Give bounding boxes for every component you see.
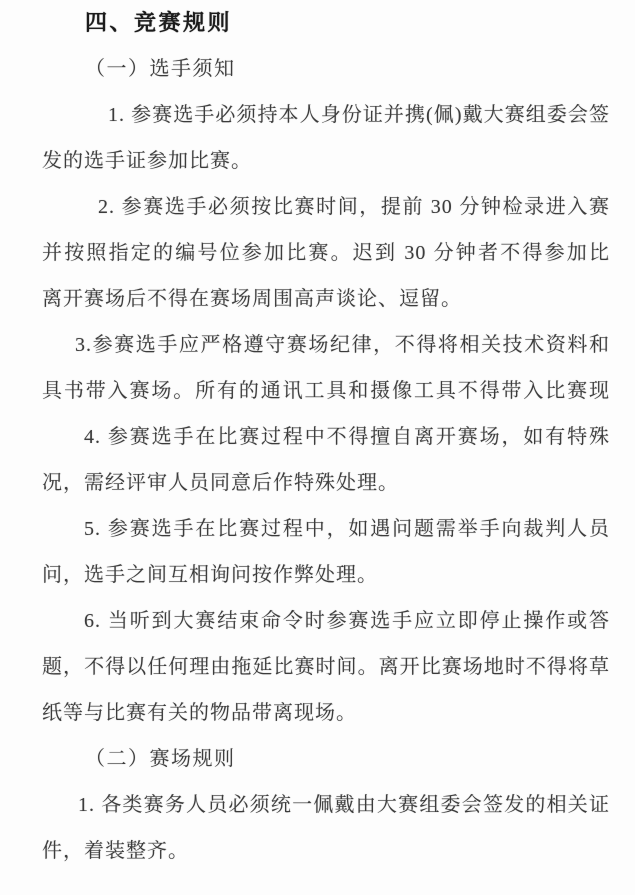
text-line: （一）选手须知 [42, 46, 610, 92]
rule-paragraph: 4. 参赛选手在比赛过程中不得擅自离开赛场，如有特殊情况，需经评审人员同意后作特… [42, 414, 610, 506]
document-body: 四、竞赛规则（一）选手须知1. 参赛选手必须持本人身份证并携(佩)戴大赛组委会签… [42, 0, 610, 874]
text-line: 离开赛场后不得在赛场周围高声谈论、逗留。 [42, 276, 610, 322]
text-line: 2. 参赛选手必须按比赛时间，提前 30 分钟检录进入赛场。 [42, 184, 610, 230]
text-line: 问，选手之间互相询问按作弊处理。 [42, 552, 610, 598]
rule-paragraph: 1. 参赛选手必须持本人身份证并携(佩)戴大赛组委会签发的选手证参加比赛。 [42, 92, 610, 184]
section-heading: 四、竞赛规则 [42, 0, 610, 46]
text-line: 况，需经评审人员同意后作特殊处理。 [42, 460, 610, 506]
rule-paragraph: 5. 参赛选手在比赛过程中，如遇问题需举手向裁判人员提问，选手之间互相询问按作弊… [42, 506, 610, 598]
text-line: 并按照指定的编号位参加比赛。迟到 30 分钟者不得参加比赛。 [42, 230, 610, 276]
text-line: 发的选手证参加比赛。 [42, 138, 610, 184]
document-page: 四、竞赛规则（一）选手须知1. 参赛选手必须持本人身份证并携(佩)戴大赛组委会签… [0, 0, 635, 895]
text-line: （二）赛场规则 [42, 736, 610, 782]
rule-paragraph: 3.参赛选手应严格遵守赛场纪律，不得将相关技术资料和工具书带入赛场。所有的通讯工… [42, 322, 610, 414]
subsection-heading: （二）赛场规则 [42, 736, 610, 782]
text-line: 四、竞赛规则 [42, 0, 610, 46]
text-line: 1. 参赛选手必须持本人身份证并携(佩)戴大赛组委会签 [42, 92, 610, 138]
rule-paragraph: 6. 当听到大赛结束命令时参赛选手应立即停止操作或答题，不得以任何理由拖延比赛时… [42, 598, 610, 736]
text-line: 3.参赛选手应严格遵守赛场纪律，不得将相关技术资料和工 [42, 322, 610, 368]
text-line: 6. 当听到大赛结束命令时参赛选手应立即停止操作或答 [42, 598, 610, 644]
text-line: 具书带入赛场。所有的通讯工具和摄像工具不得带入比赛现场。 [42, 368, 610, 414]
text-line: 5. 参赛选手在比赛过程中，如遇问题需举手向裁判人员提 [42, 506, 610, 552]
text-line: 题，不得以任何理由拖延比赛时间。离开比赛场地时不得将草稿 [42, 644, 610, 690]
rule-paragraph: 2. 参赛选手必须按比赛时间，提前 30 分钟检录进入赛场。并按照指定的编号位参… [42, 184, 610, 322]
text-line: 件，着装整齐。 [42, 828, 610, 874]
rule-paragraph: 1. 各类赛务人员必须统一佩戴由大赛组委会签发的相关证件，着装整齐。 [42, 782, 610, 874]
subsection-heading: （一）选手须知 [42, 46, 610, 92]
text-line: 纸等与比赛有关的物品带离现场。 [42, 690, 610, 736]
text-line: 1. 各类赛务人员必须统一佩戴由大赛组委会签发的相关证 [42, 782, 610, 828]
text-line: 4. 参赛选手在比赛过程中不得擅自离开赛场，如有特殊情 [42, 414, 610, 460]
